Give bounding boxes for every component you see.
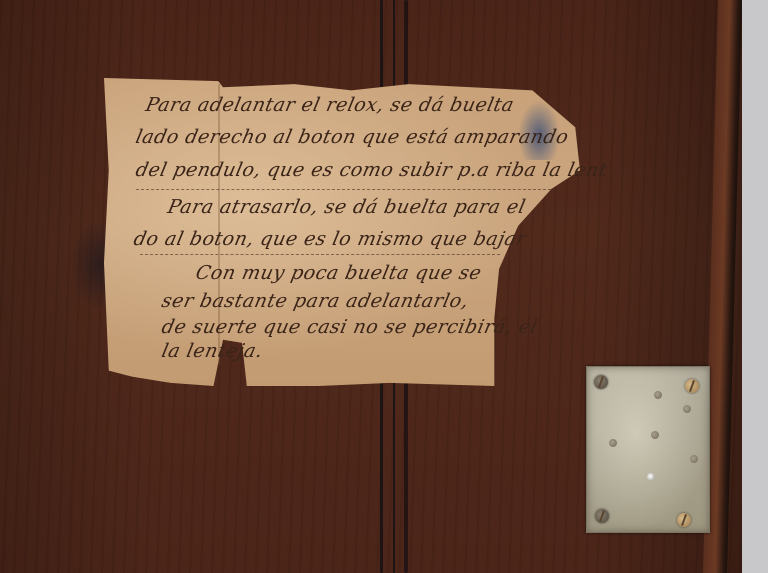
metal-plate bbox=[586, 366, 710, 533]
background-wall bbox=[742, 0, 768, 573]
note-line: del pendulo, que es como subir p.a riba … bbox=[134, 159, 610, 181]
note-line: de suerte que casi no se percibirá, el bbox=[160, 316, 540, 338]
screw-icon bbox=[677, 513, 691, 527]
pin-icon bbox=[683, 405, 691, 413]
pin-icon bbox=[690, 455, 698, 463]
note-divider bbox=[136, 188, 556, 190]
pin-icon bbox=[647, 473, 655, 481]
screw-icon bbox=[685, 379, 699, 393]
screw-icon bbox=[595, 509, 609, 523]
note-divider bbox=[140, 253, 500, 255]
note-line: ser bastante para adelantarlo, bbox=[160, 290, 471, 312]
screw-icon bbox=[594, 375, 608, 389]
note-line: la lenteja. bbox=[160, 340, 265, 362]
note-line: Para atrasarlo, se dá buelta para el bbox=[166, 196, 528, 218]
note-line: lado derecho al boton que está amparando bbox=[134, 126, 571, 148]
pin-icon bbox=[609, 439, 617, 447]
note-line: Para adelantar el relox, se dá buelta bbox=[144, 94, 517, 116]
pin-icon bbox=[654, 391, 662, 399]
note-line: Con muy poca buelta que se bbox=[194, 262, 484, 284]
note-line: do al boton, que es lo mismo que bajar bbox=[132, 228, 529, 250]
pin-icon bbox=[651, 431, 659, 439]
